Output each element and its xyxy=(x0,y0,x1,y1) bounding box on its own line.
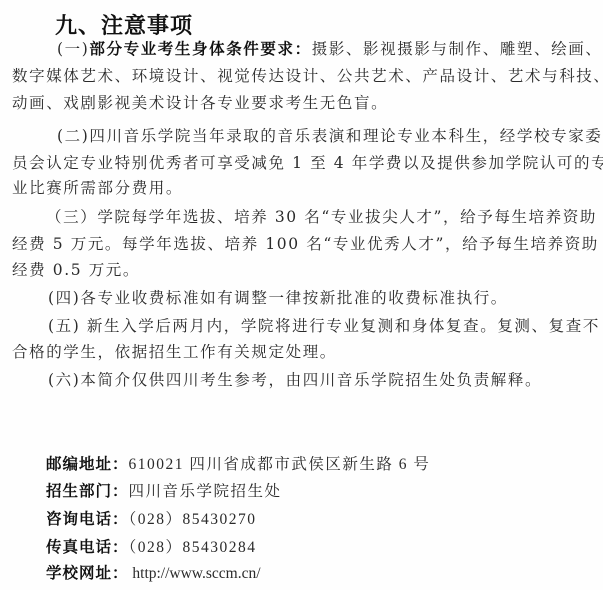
page-title: 九、注意事项 xyxy=(55,9,193,40)
item-6-text: 本简介仅供四川考生参考，由四川音乐学院招生处负责解释。 xyxy=(80,371,542,389)
item-1-text: 摄影、影视摄影与制作、雕塑、绘画、 xyxy=(312,40,603,58)
item-5-line-1: (五) 新生入学后两月内，学院将进行专业复测和身体复查。复测、复查不 xyxy=(48,316,600,336)
item-2-line-2: 员会认定专业特别优秀者可享受减免 1 至 4 年学费以及提供参加学院认可的专 xyxy=(12,153,603,173)
item-5-text: 新生入学后两月内，学院将进行专业复测和身体复查。复测、复查不 xyxy=(80,317,600,335)
postal-address-value: 610021 四川省成都市武侯区新生路 6 号 xyxy=(129,456,431,473)
item-3-marker: （三） xyxy=(46,208,97,226)
item-4-text: 各专业收费标准如有调整一律按新批准的收费标准执行。 xyxy=(80,289,508,307)
postal-address-label: 邮编地址： xyxy=(46,455,129,473)
contact-fax-phone: 传真电话：（028）85430284 xyxy=(46,537,257,558)
contact-website: 学校网址： http://www.sccm.cn/ xyxy=(46,563,261,584)
website-link[interactable]: http://www.sccm.cn/ xyxy=(129,565,261,582)
item-1-marker: (一) xyxy=(57,40,89,58)
fax-phone-value: （028）85430284 xyxy=(129,539,257,556)
item-5-marker: (五) xyxy=(48,317,80,335)
admissions-dept-label: 招生部门： xyxy=(46,482,129,500)
item-5-line-2: 合格的学生，依据招生工作有关规定处理。 xyxy=(12,342,337,362)
contact-inquiry-phone: 咨询电话：（028）85430270 xyxy=(46,509,257,530)
item-2-marker: (二) xyxy=(57,127,89,145)
inquiry-phone-label: 咨询电话： xyxy=(46,510,129,528)
item-1-line-3: 动画、戏剧影视美术设计各专业要求考生无色盲。 xyxy=(12,93,388,113)
item-6-marker: (六) xyxy=(48,371,80,389)
item-6-line-1: (六)本简介仅供四川考生参考，由四川音乐学院招生处负责解释。 xyxy=(48,370,542,390)
item-2-line-1: (二)四川音乐学院当年录取的音乐表演和理论专业本科生，经学校专家委 xyxy=(57,126,602,146)
item-4-marker: (四) xyxy=(48,289,80,307)
item-2-line-3: 业比赛所需部分费用。 xyxy=(12,178,183,198)
item-3-line-2: 经费 5 万元。每学年选拔、培养 100 名“专业优秀人才”，给予每生培养资助 xyxy=(12,234,599,254)
admissions-dept-value: 四川音乐学院招生处 xyxy=(129,482,282,500)
item-3-line-1: （三）学院每学年选拔、培养 30 名“专业拔尖人才”，给予每生培养资助 xyxy=(46,207,597,227)
item-4-line-1: (四)各专业收费标准如有调整一律按新批准的收费标准执行。 xyxy=(48,288,508,308)
inquiry-phone-value: （028）85430270 xyxy=(129,511,257,528)
item-1-line-2: 数字媒体艺术、环境设计、视觉传达设计、公共艺术、产品设计、艺术与科技、 xyxy=(12,66,603,86)
item-2-text: 四川音乐学院当年录取的音乐表演和理论专业本科生，经学校专家委 xyxy=(89,127,602,145)
item-1-line-1: (一)部分专业考生身体条件要求：摄影、影视摄影与制作、雕塑、绘画、 xyxy=(57,39,602,59)
item-1-bold-lead: 部分专业考生身体条件要求： xyxy=(89,40,311,58)
item-3-text: 学院每学年选拔、培养 30 名“专业拔尖人才”，给予每生培养资助 xyxy=(97,208,597,226)
website-label: 学校网址： xyxy=(46,564,129,582)
contact-admissions-dept: 招生部门：四川音乐学院招生处 xyxy=(46,481,282,501)
fax-phone-label: 传真电话： xyxy=(46,538,129,556)
contact-postal-address: 邮编地址：610021 四川省成都市武侯区新生路 6 号 xyxy=(46,454,430,475)
item-3-line-3: 经费 0.5 万元。 xyxy=(12,260,140,280)
